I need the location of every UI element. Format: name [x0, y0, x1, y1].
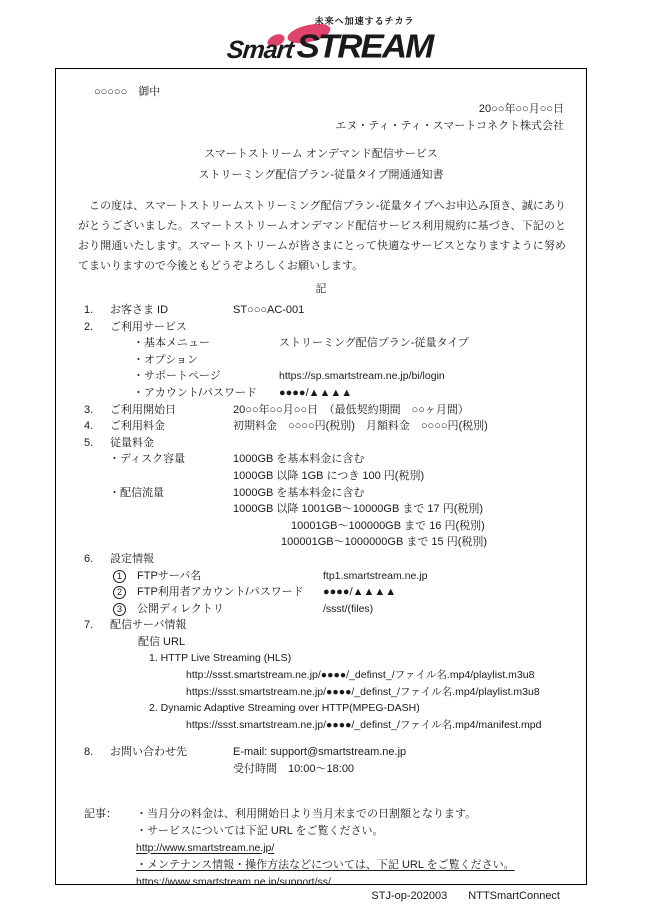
sub-label: ・ディスク容量	[109, 451, 233, 468]
traffic-line4: 100001GB～1000000GB まで 15 円(税別)	[56, 534, 586, 551]
logo-stream-text: STREAM	[297, 28, 433, 66]
smartstream-logo: 未来へ加速するチカラ Smart STREAM	[227, 12, 427, 62]
traffic-row: ・配信流量 1000GB を基本料金に含む	[56, 485, 586, 502]
item-delivery-server: 7. 配信サーバ情報	[56, 617, 586, 634]
service-basic-menu: ・基本メニュー ストリーミング配信プラン-従量タイプ	[56, 335, 586, 352]
item-label: 従量料金	[110, 435, 233, 452]
delivery-url-label: 配信 URL	[56, 634, 586, 651]
sub-label: ・サポートページ	[133, 368, 279, 385]
service-account-password: ・アカウント/パスワード ●●●●/▲▲▲▲	[56, 385, 586, 402]
notes-label: 記事：	[84, 806, 136, 823]
circled-number-icon: 2	[113, 586, 126, 599]
greeting-paragraph: この度は、スマートストリームストリーミング配信プラン-従量タイプへお申込み頂き、…	[78, 196, 566, 276]
item-number: 4.	[84, 418, 110, 435]
sub-label: 公開ディレクトリ	[137, 601, 323, 618]
ftp-account-value: ●●●●/▲▲▲▲	[323, 584, 586, 601]
public-directory-row: 3 公開ディレクトリ /ssst/(files)	[56, 601, 586, 618]
note-proration: ・当月分の料金は、利用開始日より当月末までの日割額となります。	[136, 806, 476, 823]
doc-footer: STJ-op-202003 NTTSmartConnect	[0, 889, 653, 904]
item-number: 2.	[84, 319, 110, 336]
item-start-date: 3. ご利用開始日 20○○年○○月○○日 （最低契約期間 ○○ヶ月間）	[56, 402, 586, 419]
sub-label: ・基本メニュー	[133, 335, 279, 352]
item-value: ST○○○AC-001	[233, 302, 586, 319]
item-label: ご利用料金	[110, 418, 233, 435]
item-number: 6.	[84, 551, 110, 568]
doc-code: STJ-op-202003	[371, 890, 447, 902]
service-support-page: ・サポートページ https://sp.smartstream.ne.jp/bi…	[56, 368, 586, 385]
item-contact: 8. お問い合わせ先 E-mail: support@smartstream.n…	[56, 744, 586, 761]
ftp-server-value: ftp1.smartstream.ne.jp	[323, 568, 586, 585]
item-value: 初期料金 ○○○○円(税別) 月額料金 ○○○○円(税別)	[233, 418, 586, 435]
service-url-link[interactable]: http://www.smartstream.ne.jp/	[56, 840, 586, 857]
sub-value: ストリーミング配信プラン-従量タイプ	[279, 335, 586, 352]
item-label: ご利用サービス	[110, 319, 233, 336]
logo-smart-text: Smart	[225, 36, 294, 65]
sub-label: ・アカウント/パスワード	[133, 385, 279, 402]
item-number: 5.	[84, 435, 110, 452]
circled-number-icon: 1	[113, 570, 126, 583]
footer-company: NTTSmartConnect	[468, 890, 560, 902]
sub-value: 1000GB を基本料金に含む	[233, 451, 586, 468]
disk-capacity-line2: 1000GB 以降 1GB につき 100 円(税別)	[56, 468, 586, 485]
ki-mark: 記	[56, 281, 586, 298]
item-label: お客さま ID	[110, 302, 233, 319]
support-page-url: https://sp.smartstream.ne.jp/bi/login	[279, 368, 586, 385]
item-number: 8.	[84, 744, 110, 761]
contact-email: E-mail: support@smartstream.ne.jp	[233, 744, 586, 761]
sub-label: FTP利用者アカウント/パスワード	[137, 584, 323, 601]
dash-url: https://ssst.smartstream.ne.jp/●●●●/_def…	[56, 717, 586, 734]
recipient-line: ○○○○○ 御中	[94, 84, 586, 101]
dash-heading: 2. Dynamic Adaptive Streaming over HTTP(…	[56, 700, 586, 717]
notice-document: ○○○○○ 御中 20○○年○○月○○日 エヌ・ティ・ティ・スマートコネクト株式…	[55, 68, 587, 885]
sender-company: エヌ・ティ・ティ・スマートコネクト株式会社	[56, 118, 586, 135]
ftp-account-row: 2 FTP利用者アカウント/パスワード ●●●●/▲▲▲▲	[56, 584, 586, 601]
contact-hours: 受付時間 10:00～18:00	[56, 761, 586, 778]
ftp-server-row: 1 FTPサーバ名 ftp1.smartstream.ne.jp	[56, 568, 586, 585]
item-number: 1.	[84, 302, 110, 319]
disk-capacity-row: ・ディスク容量 1000GB を基本料金に含む	[56, 451, 586, 468]
sub-label: ・配信流量	[109, 485, 233, 502]
item-label: 設定情報	[110, 551, 233, 568]
item-label: ご利用開始日	[110, 402, 233, 419]
sub-value: 1000GB を基本料金に含む	[233, 485, 586, 502]
item-metered-fees: 5. 従量料金	[56, 435, 586, 452]
support-url-link[interactable]: https://www.smartstream.ne.jp/support/ss…	[56, 874, 586, 885]
sub-label: FTPサーバ名	[137, 568, 323, 585]
item-customer-id: 1. お客さま ID ST○○○AC-001	[56, 302, 586, 319]
traffic-line2: 1000GB 以降 1001GB～10000GB まで 17 円(税別)	[56, 501, 586, 518]
traffic-line3: 10001GB～100000GB まで 16 円(税別)	[56, 518, 586, 535]
hls-url-https: https://ssst.smartstream.ne.jp/●●●●/_def…	[56, 684, 586, 701]
item-settings: 6. 設定情報	[56, 551, 586, 568]
hls-heading: 1. HTTP Live Streaming (HLS)	[56, 650, 586, 667]
item-services: 2. ご利用サービス	[56, 319, 586, 336]
item-fees: 4. ご利用料金 初期料金 ○○○○円(税別) 月額料金 ○○○○円(税別)	[56, 418, 586, 435]
note-service-info: ・サービスについては下記 URL をご覧ください。	[56, 823, 586, 840]
sub-label: ・オプション	[133, 352, 279, 369]
item-number: 7.	[84, 617, 110, 634]
sub-value: ●●●●/▲▲▲▲	[279, 385, 586, 402]
public-directory-value: /ssst/(files)	[323, 601, 586, 618]
circled-number-icon: 3	[113, 603, 126, 616]
item-label: お問い合わせ先	[110, 744, 233, 761]
item-value: 20○○年○○月○○日 （最低契約期間 ○○ヶ月間）	[233, 402, 586, 419]
notes-row: 記事： ・当月分の料金は、利用開始日より当月末までの日割額となります。	[56, 806, 586, 823]
sub-value	[279, 352, 586, 369]
doc-title-line1: スマートストリーム オンデマンド配信サービス	[56, 144, 586, 165]
hls-url-http: http://ssst.smartstream.ne.jp/●●●●/_defi…	[56, 667, 586, 684]
item-label: 配信サーバ情報	[110, 617, 233, 634]
note-maintenance-info: ・メンテナンス情報・操作方法などについては、下記 URL をご覧ください。	[56, 857, 586, 874]
logo-tagline: 未来へ加速するチカラ	[315, 14, 415, 27]
letter-date: 20○○年○○月○○日	[56, 101, 586, 118]
item-number: 3.	[84, 402, 110, 419]
service-option: ・オプション	[56, 352, 586, 369]
doc-title-line2: ストリーミング配信プラン-従量タイプ開通通知書	[56, 165, 586, 186]
